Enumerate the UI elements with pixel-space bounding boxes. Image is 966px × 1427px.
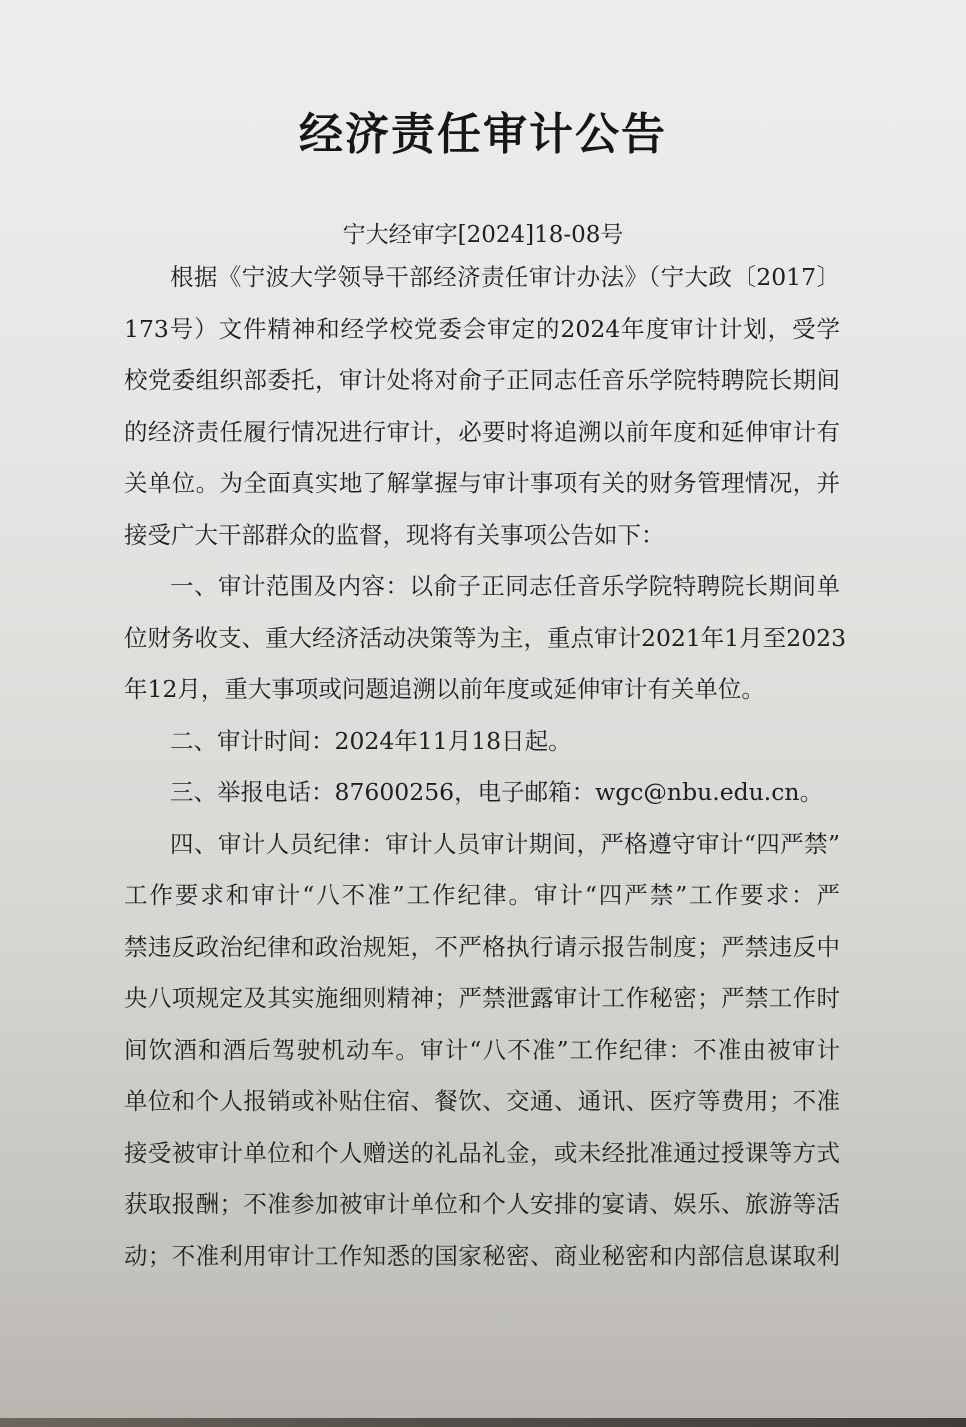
section-1-line: 位财务收支、重大经济活动决策等为主，重点审计2021年1月至2023 [124, 613, 840, 665]
section-4-line: 四、审计人员纪律：审计人员审计期间，严格遵守审计“四严禁” [124, 819, 840, 871]
paragraph-line: 接受广大干部群众的监督，现将有关事项公告如下： [124, 510, 840, 562]
paragraph-line: 的经济责任履行情况进行审计，必要时将追溯以前年度和延伸审计有 [124, 407, 840, 459]
section-4-line: 间饮酒和酒后驾驶机动车。审计“八不准”工作纪律：不准由被审计 [124, 1025, 840, 1077]
table-surface-edge [0, 1418, 966, 1427]
document-page: 经济责任审计公告 宁大经审字[2024]18-08号 根据《宁波大学领导干部经济… [0, 0, 966, 1420]
section-4-line: 接受被审计单位和个人赠送的礼品礼金，或未经批准通过授课等方式 [124, 1128, 840, 1180]
section-4-line: 央八项规定及其实施细则精神；严禁泄露审计工作秘密；严禁工作时 [124, 973, 840, 1025]
section-3-contact: 三、举报电话：87600256，电子邮箱：wgc@nbu.edu.cn。 [124, 767, 840, 819]
paragraph-line: 关单位。为全面真实地了解掌握与审计事项有关的财务管理情况，并 [124, 458, 840, 510]
notice-body: 根据《宁波大学领导干部经济责任审计办法》（宁大政〔2017〕 173号）文件精神… [124, 252, 840, 1282]
section-1-line: 一、审计范围及内容：以俞子正同志任音乐学院特聘院长期间单 [124, 561, 840, 613]
section-4-line: 获取报酬；不准参加被审计单位和个人安排的宴请、娱乐、旅游等活 [124, 1179, 840, 1231]
section-4-line: 单位和个人报销或补贴住宿、餐饮、交通、通讯、医疗等费用；不准 [124, 1076, 840, 1128]
paragraph-line: 根据《宁波大学领导干部经济责任审计办法》（宁大政〔2017〕 [124, 252, 840, 304]
paragraph-line: 173号）文件精神和经学校党委会审定的2024年度审计计划，受学 [124, 304, 840, 356]
section-1-line: 年12月，重大事项或问题追溯以前年度或延伸审计有关单位。 [124, 664, 840, 716]
document-number: 宁大经审字[2024]18-08号 [0, 216, 966, 249]
paragraph-line: 校党委组织部委托，审计处将对俞子正同志任音乐学院特聘院长期间 [124, 355, 840, 407]
section-4-line: 工作要求和审计“八不准”工作纪律。审计“四严禁”工作要求：严 [124, 870, 840, 922]
section-4-line: 禁违反政治纪律和政治规矩，不严格执行请示报告制度；严禁违反中 [124, 922, 840, 974]
section-2-audit-time: 二、审计时间：2024年11月18日起。 [124, 716, 840, 768]
notice-title: 经济责任审计公告 [0, 98, 966, 162]
section-4-line: 动；不准利用审计工作知悉的国家秘密、商业秘密和内部信息谋取利 [124, 1231, 840, 1283]
